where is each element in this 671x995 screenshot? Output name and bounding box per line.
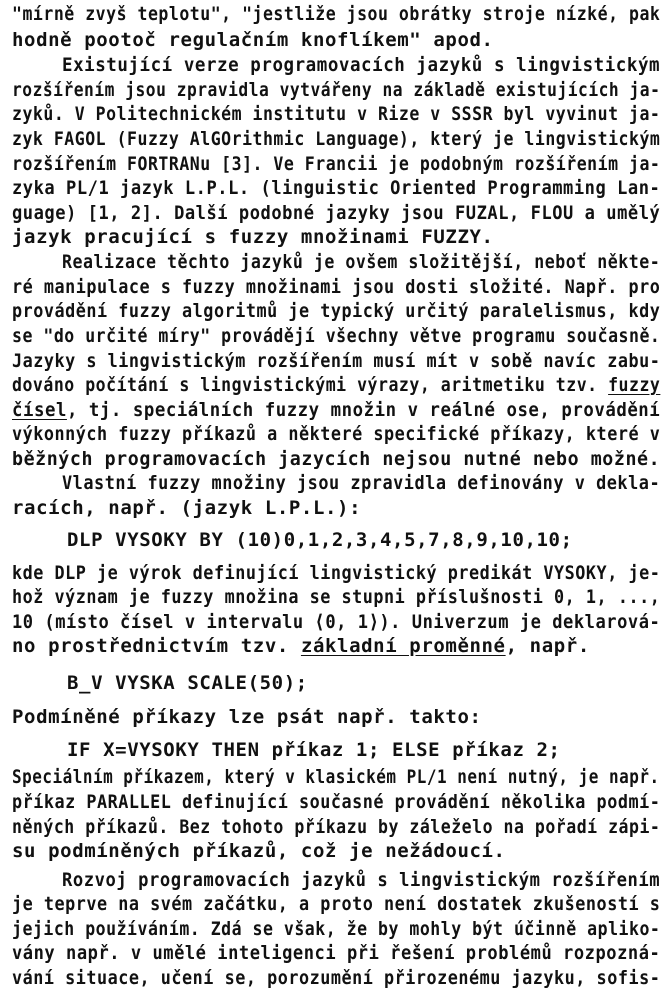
paragraph-first-line: Existující verze programovacích jazyků s…	[62, 54, 660, 76]
text-line: guage) [1, 2]. Další podobné jazyky jsou…	[12, 202, 660, 224]
underlined-term: čísel	[12, 399, 67, 421]
text-segment: , např.	[506, 635, 590, 657]
text-segment: dováno počítání s lingvistickými výrazy,…	[12, 374, 608, 396]
text-line: zyků. V Politechnickém institutu v Rize …	[12, 103, 660, 125]
text-line: něných příkazů. Bez tohoto příkazu by zá…	[12, 816, 660, 838]
text-line: dováno počítání s lingvistickými výrazy,…	[12, 374, 660, 396]
text-segment: , tj. speciálních fuzzy množin v reálné …	[67, 399, 660, 421]
text-line: čísel, tj. speciálních fuzzy množin v re…	[12, 399, 660, 421]
paragraph-first-line: Realizace těchto jazyků je ovšem složitě…	[62, 251, 660, 273]
document-page: "mírně zvyš teplotu", "jestliže jsou obr…	[0, 0, 671, 995]
text-line: no prostřednictvím tzv. základní proměnn…	[12, 635, 590, 657]
text-line: Jazyky s lingvistickým rozšířením musí m…	[12, 350, 660, 372]
text-line: 10 (místo čísel v intervalu ⟨0, 1⟩). Uni…	[12, 611, 660, 633]
code-line: B_V VYSKA SCALE(50);	[67, 672, 308, 694]
underlined-term: základní proměnné	[301, 635, 506, 657]
text-line: jejich používáním. Zdá se však, že by mo…	[12, 918, 660, 940]
text-line: hodně pootoč regulačním knoflíkem" apod.	[12, 29, 494, 51]
paragraph-first-line: Rozvoj programovacích jazyků s lingvisti…	[62, 869, 660, 891]
text-line: rozšířením jsou zpravidla vytvářeny na z…	[12, 79, 660, 101]
text-line: Podmíněné příkazy lze psát např. takto:	[12, 706, 482, 728]
text-line: racích, např. (jazyk L.P.L.):	[12, 497, 361, 519]
text-line: se "do určité míry" provádějí všechny vě…	[12, 325, 660, 347]
text-line: Speciálním příkazem, který v klasickém P…	[12, 766, 660, 788]
code-line: DLP VYSOKY BY (10)0,1,2,3,4,5,7,8,9,10,1…	[67, 529, 573, 551]
text-line: ré manipulace s fuzzy množinami jsou dos…	[12, 276, 660, 298]
text-line: vání situace, učení se, porozumění přiro…	[12, 967, 660, 989]
text-line: výkonných fuzzy příkazů a některé specif…	[12, 423, 660, 445]
text-line: zyk FAGOL (Fuzzy AlGOrithmic Language), …	[12, 128, 660, 150]
text-line: rozšířením FORTRANu [3]. Ve Francii je p…	[12, 153, 660, 175]
text-line: jazyk pracující s fuzzy množinami FUZZY.	[12, 226, 494, 248]
text-line: je teprve na svém začátku, a proto není …	[12, 893, 660, 915]
text-line: běžných programovacích jazycích nejsou n…	[12, 448, 660, 470]
text-line: vány např. v umělé inteligenci při řešen…	[12, 942, 660, 964]
text-line: příkaz PARALLEL definující současné prov…	[12, 791, 660, 813]
text-line: zyka PL/1 jazyk L.P.L. (linguistic Orien…	[12, 177, 660, 199]
text-line: hož význam je fuzzy množina se stupni př…	[12, 586, 660, 608]
text-line: kde DLP je výrok definující lingvistický…	[12, 562, 660, 584]
paragraph-first-line: Vlastní fuzzy množiny jsou zpravidla def…	[62, 472, 660, 494]
code-line: IF X=VYSOKY THEN příkaz 1; ELSE příkaz 2…	[67, 739, 561, 761]
text-line: "mírně zvyš teplotu", "jestliže jsou obr…	[12, 3, 660, 25]
text-line: provádění fuzzy algoritmů je typický urč…	[12, 300, 660, 322]
text-segment: no prostřednictvím tzv.	[12, 635, 301, 657]
underlined-term: fuzzy	[608, 374, 660, 396]
text-line: su podmíněných příkazů, což je nežádoucí…	[12, 840, 506, 862]
